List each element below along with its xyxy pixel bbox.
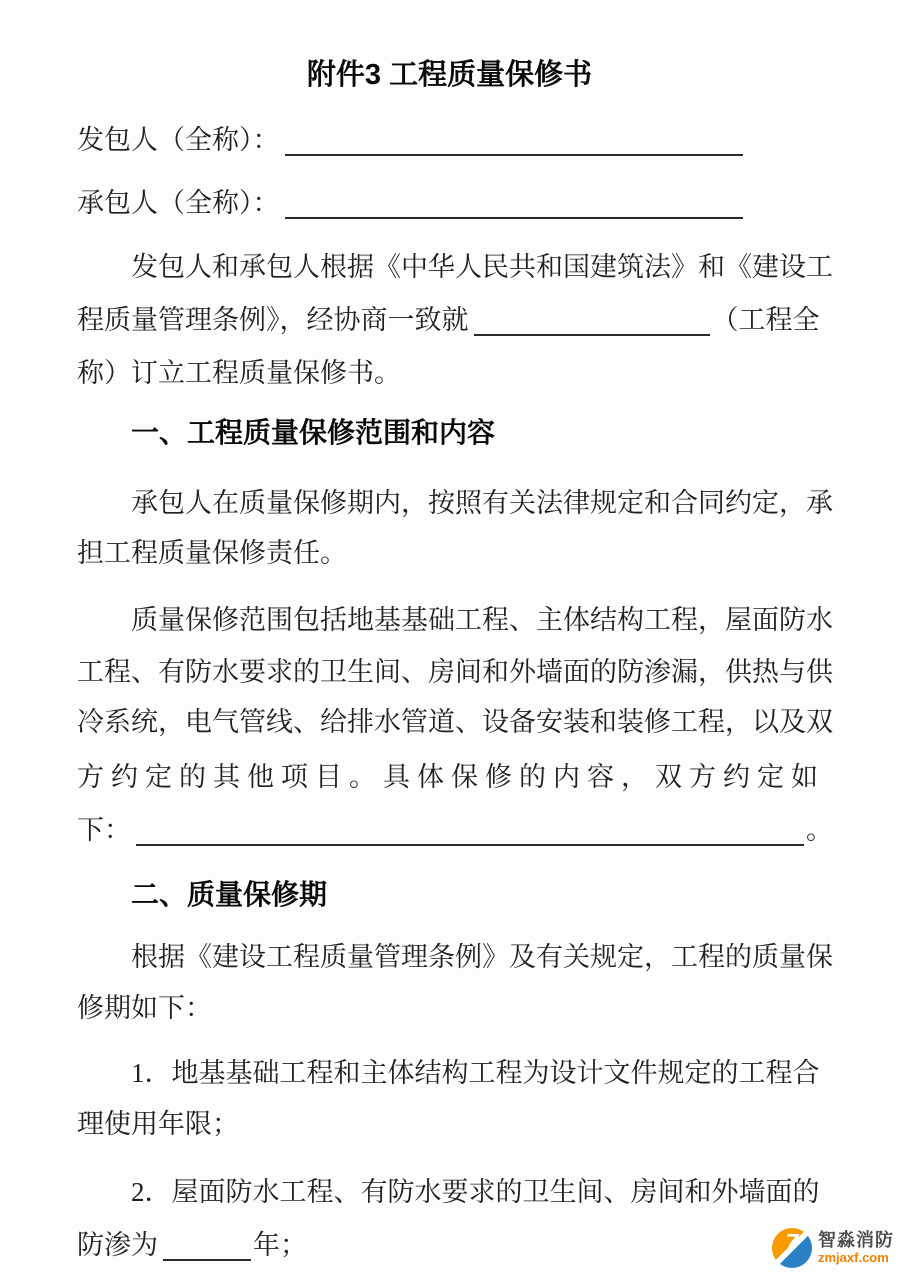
doc-line: 程质量管理条例》，经协商一致就（工程全 [77,298,829,342]
doc-line: 防渗为年； [77,1223,829,1267]
doc-text: 方约定的其他项目。具体保修的内容，双方约定如 [77,762,825,792]
fill-in-blank [285,122,743,156]
doc-line: 修期如下： [77,986,829,1030]
fill-in-blank [474,302,710,336]
watermark: 7 智淼消防 zmjaxf.com [772,1228,894,1268]
doc-text: 1．地基基础工程和主体结构工程为设计文件规定的工程合 [131,1058,820,1088]
doc-text: 一、工程质量保修范围和内容 [131,417,495,448]
doc-line: 承包人（全称）： [77,181,829,225]
doc-line: 理使用年限； [77,1102,829,1146]
doc-text: 2．屋面防水工程、有防水要求的卫生间、房间和外墙面的 [131,1177,820,1207]
doc-text: 修期如下： [77,993,212,1023]
brand-logo-glyph: 7 [772,1225,812,1259]
doc-line: 冷系统，电气管线、给排水管道、设备安装和装修工程，以及双 [77,700,829,744]
doc-line: 称）订立工程质量保修书。 [77,351,829,395]
doc-text: 担工程质量保修责任。 [77,538,347,568]
doc-text: 承包人（全称）： [77,188,280,218]
doc-line: 承包人在质量保修期内，按照有关法律规定和合同约定，承 [77,481,829,525]
doc-line: 方约定的其他项目。具体保修的内容，双方约定如 [77,755,829,799]
doc-text: （工程全 [712,305,820,335]
doc-text: 年； [253,1230,307,1260]
brand-domain: zmjaxf.com [818,1251,894,1265]
doc-line: 2．屋面防水工程、有防水要求的卫生间、房间和外墙面的 [77,1170,829,1214]
doc-text: 附件3 工程质量保修书 [307,59,592,91]
doc-text: 理使用年限； [77,1109,239,1139]
doc-text: 发包人和承包人根据《中华人民共和国建筑法》和《建设工 [131,252,833,282]
doc-text: 承包人在质量保修期内，按照有关法律规定和合同约定，承 [131,488,833,518]
watermark-text: 智淼消防 zmjaxf.com [818,1231,894,1264]
doc-text: 防渗为 [77,1230,158,1260]
section-heading: 二、质量保修期 [77,873,829,917]
fill-in-blank [163,1227,251,1261]
fill-in-blank [285,185,743,219]
doc-text: 工程、有防水要求的卫生间、房间和外墙面的防渗漏，供热与供 [77,657,833,687]
doc-text: 质量保修范围包括地基基础工程、主体结构工程，屋面防水 [131,605,833,635]
brand-name: 智淼消防 [818,1231,894,1250]
doc-text: 下： [77,815,131,845]
doc-text: 发包人（全称）： [77,125,280,155]
doc-line: 发包人（全称）： [77,118,829,162]
doc-text: 程质量管理条例》，经协商一致就 [77,305,469,335]
doc-line: 担工程质量保修责任。 [77,531,829,575]
doc-line: 质量保修范围包括地基基础工程、主体结构工程，屋面防水 [77,598,829,642]
brand-logo-icon: 7 [772,1228,812,1268]
doc-line: 下：。 [77,808,829,852]
doc-line: 1．地基基础工程和主体结构工程为设计文件规定的工程合 [77,1051,829,1095]
doc-title: 附件3 工程质量保修书 [0,53,899,97]
doc-text: 。 [806,815,833,845]
doc-text: 称）订立工程质量保修书。 [77,358,401,388]
section-heading: 一、工程质量保修范围和内容 [77,411,829,455]
fill-in-blank [136,812,804,846]
doc-text: 二、质量保修期 [131,879,327,910]
doc-line: 工程、有防水要求的卫生间、房间和外墙面的防渗漏，供热与供 [77,650,829,694]
document-page: 附件3 工程质量保修书发包人（全称）：承包人（全称）：发包人和承包人根据《中华人… [0,0,899,1274]
doc-line: 发包人和承包人根据《中华人民共和国建筑法》和《建设工 [77,245,829,289]
doc-line: 根据《建设工程质量管理条例》及有关规定，工程的质量保 [77,935,829,979]
doc-text: 冷系统，电气管线、给排水管道、设备安装和装修工程，以及双 [77,707,833,737]
doc-text: 根据《建设工程质量管理条例》及有关规定，工程的质量保 [131,942,833,972]
